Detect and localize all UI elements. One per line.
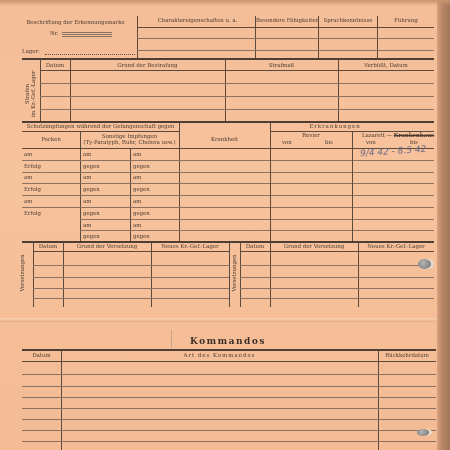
vacc-title-line	[22, 131, 179, 132]
transfer-header-line-2	[240, 251, 434, 252]
other-vacc-cell: gegen	[133, 164, 150, 170]
kommandos-col-return: Rückkehrdatum	[378, 353, 436, 359]
punish-col-reason: Grund der Bestrafung	[70, 63, 225, 69]
camp-field[interactable]	[45, 54, 135, 55]
row-line	[22, 408, 436, 409]
lazarett-from: von	[366, 140, 376, 146]
transfer-col-reason-2: Grund der Versetzung	[270, 244, 358, 250]
row-line	[22, 441, 436, 442]
col-conduct: Führung	[378, 18, 434, 24]
other-vacc-cell: am	[83, 199, 91, 205]
illness-title: Erkrankungen	[270, 124, 400, 130]
header-row-line	[137, 27, 434, 28]
row-line	[240, 288, 434, 289]
other-vacc-cell: gegen	[133, 187, 150, 193]
row-line	[80, 219, 434, 220]
transfers-side-label: Versetzungen	[20, 243, 26, 303]
transfer-col-reason: Grund der Versetzung	[63, 244, 151, 250]
illness-col: Krankheit	[179, 137, 270, 143]
other-vacc-cell: am	[133, 152, 141, 158]
row-line	[33, 288, 229, 289]
kommandos-divider-2	[378, 350, 379, 450]
transfer-col-date-2: Datum	[240, 244, 270, 250]
row-line	[240, 277, 434, 278]
pox-row: Erfolg	[24, 164, 41, 170]
vacc-title: Schutzimpfungen während der Gefangenscha…	[22, 124, 179, 130]
transfers-side-label-2: Versetzungen	[232, 243, 238, 303]
number-field-line[interactable]	[62, 32, 112, 33]
row-line	[33, 265, 229, 266]
revier-label: Revier	[270, 133, 352, 139]
transfer-divider-3	[229, 242, 230, 307]
revier-to: bis	[325, 140, 333, 146]
punish-col-served: Verbüßt, Datum	[338, 63, 434, 69]
other-vacc-cell: gegen	[133, 211, 150, 217]
revier-from: von	[282, 140, 292, 146]
row-line	[22, 397, 436, 398]
id-tag-label: Beschriftung der Erkennungsmarke	[18, 20, 133, 26]
header-row-line-3	[137, 50, 434, 51]
row-line	[22, 172, 434, 173]
col-languages: Sprachkenntnisse	[319, 18, 377, 24]
row-line	[240, 298, 434, 299]
col-character: Charaktereigenschaften u. a.	[140, 18, 255, 24]
illness-divider	[270, 122, 271, 241]
row-line	[22, 386, 436, 387]
punish-header-line	[40, 70, 434, 71]
other-vacc-cell: gegen	[83, 164, 100, 170]
row-line	[22, 195, 434, 196]
row-line	[33, 277, 229, 278]
pox-row: am	[24, 175, 32, 181]
row-line	[33, 298, 229, 299]
paper-edge	[437, 0, 450, 450]
other-vacc-cell: am	[133, 223, 141, 229]
header-divider	[137, 16, 138, 58]
other-vacc-cell: gegen	[83, 187, 100, 193]
punish-row-line-2	[40, 96, 434, 97]
kommandos-col-date: Datum	[22, 353, 61, 359]
paper-fold	[0, 318, 437, 322]
side-label-line2: im Kr.-Gef.-Lager	[31, 71, 37, 118]
row-line	[22, 419, 436, 420]
transfer-col-date: Datum	[33, 244, 63, 250]
other-vacc-cell: gegen	[133, 234, 150, 240]
lazarett-label: Lazarett — Krankenhaus	[362, 133, 434, 139]
camp-label: Lager:	[22, 49, 40, 55]
other-vacc-cell: am	[133, 199, 141, 205]
row-line	[22, 374, 436, 375]
pox-row: am	[24, 152, 32, 158]
faint-mark	[171, 330, 172, 348]
punch-hole	[418, 259, 431, 269]
other-vacc-cell: gegen	[83, 211, 100, 217]
top-shadow	[0, 0, 450, 6]
number-field-line-2	[62, 34, 112, 35]
section-divider-1	[22, 58, 434, 60]
section-divider-2	[22, 121, 434, 123]
illness-divider-2	[352, 131, 353, 241]
pox-row: Erfolg	[24, 211, 41, 217]
section-divider-3	[22, 241, 434, 243]
vacc-pox-label: Pocken	[22, 137, 80, 143]
row-line	[240, 265, 434, 266]
other-vacc-cell: am	[83, 223, 91, 229]
number-field-line-3	[62, 36, 112, 37]
col-abilities: Besondere Fähigkeiten	[256, 18, 318, 24]
punish-row-line	[40, 83, 434, 84]
punishments-side-label: Strafen im Kr.-Gef.-Lager	[25, 67, 37, 121]
transfer-col-camp: Neues Kr.-Gef.-Lager	[151, 244, 229, 250]
punish-col-date: Datum	[40, 63, 70, 69]
kommandos-top-line	[22, 349, 436, 351]
pox-row: Erfolg	[24, 187, 41, 193]
transfer-header-line	[33, 251, 229, 252]
row-line	[22, 430, 436, 431]
other-vacc-cell: am	[83, 152, 91, 158]
hospital-struck-text: Krankenhaus	[394, 133, 434, 139]
vacc-other-sub: (Ty-Paratyph, Ruhr, Cholera usw.)	[80, 140, 179, 146]
kommandos-title: Kommandos	[190, 337, 266, 347]
punch-hole-2	[417, 429, 429, 436]
kommandos-header-line	[22, 361, 436, 362]
header-row-line-2	[137, 38, 434, 39]
punish-col-penalty: Strafmaß	[225, 63, 338, 69]
row-line	[80, 230, 434, 231]
punish-row-line-3	[40, 109, 434, 110]
lazarett-text: Lazarett —	[362, 133, 392, 139]
kommandos-col-type: Art des Kommandos	[61, 353, 378, 359]
kommandos-divider	[61, 350, 62, 450]
other-vacc-cell: am	[133, 175, 141, 181]
other-vacc-cell: gegen	[83, 234, 100, 240]
pox-row: am	[24, 199, 32, 205]
row-line	[22, 183, 434, 184]
transfer-col-camp-2: Neues Kr.-Gef.-Lager	[358, 244, 434, 250]
row-line	[22, 160, 434, 161]
number-label: Nr.	[50, 31, 58, 37]
row-line	[22, 207, 434, 208]
other-vacc-cell: am	[83, 175, 91, 181]
